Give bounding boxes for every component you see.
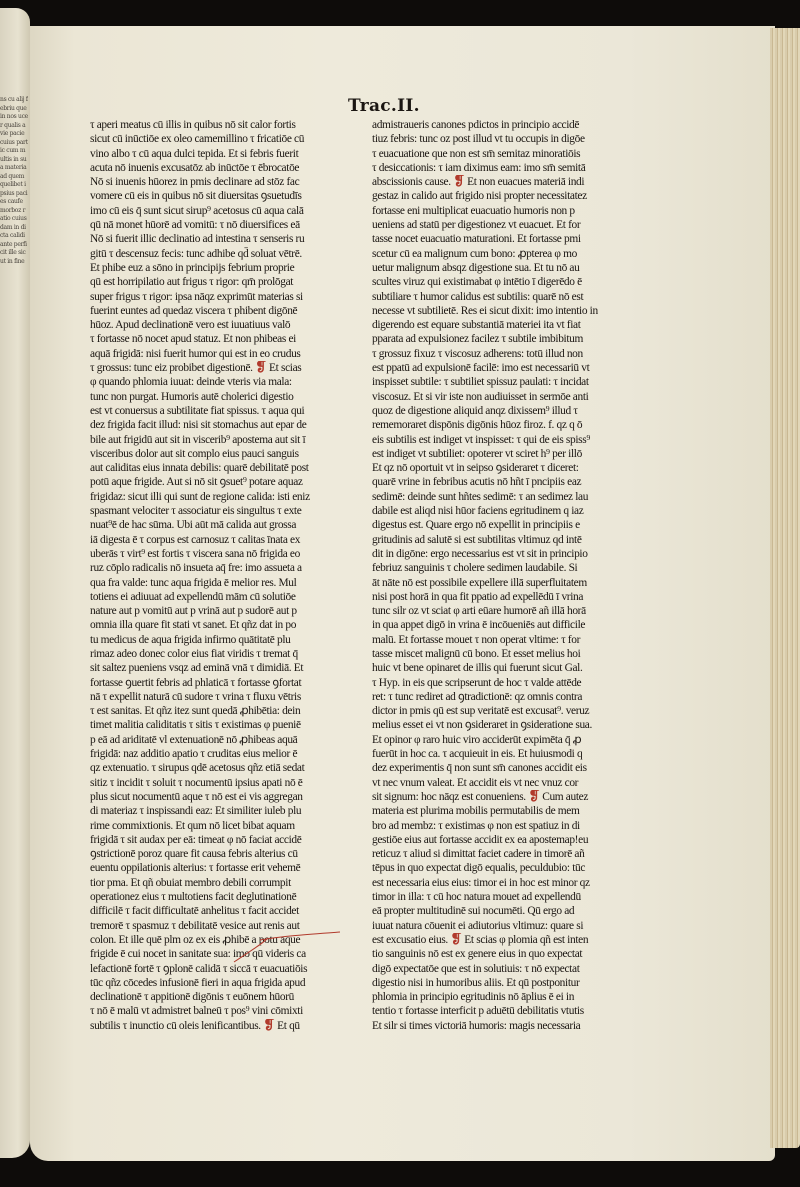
text-line: eis subtilis est indiget vt inspisset: τ… [372, 433, 634, 447]
text-line: digō expectatōe que est in solutiuis: τ … [372, 962, 634, 976]
text-line: tremorē τ spasmuz τ debilitatē vesice au… [90, 919, 352, 933]
text-line: uetur malignum absqz digestione sua. Et … [372, 261, 634, 275]
text-line: dictor in pmis qū est sup veritatē est e… [372, 704, 634, 718]
paragraph-mark-icon: ❡ [450, 933, 461, 947]
text-line: τ Hyp. in eis que scripserunt de hoc τ v… [372, 676, 634, 690]
text-line: fuerint euntes ad quedaz viscera τ phibe… [90, 304, 352, 318]
text-line: fortasse ꝯuertit febris ad phlaticā τ fo… [90, 676, 352, 690]
text-line: difficilē τ facit difficultatē anhelitus… [90, 904, 352, 918]
text-line: ueniens ad statū per digestionez vt euac… [372, 218, 634, 232]
text-line: quarē vrine in febribus acutis nō hñt ī … [372, 475, 634, 489]
text-line: tasse miscet malignū cū bono. Et esset m… [372, 647, 634, 661]
text-line: est vt conuersus a subtilitate fiat spis… [90, 404, 352, 418]
text-line: Et phibe euz a sōno in principijs febriu… [90, 261, 352, 275]
text-line: p eā ad ariditatē vl extenuationē nō ꝓhi… [90, 733, 352, 747]
text-line: fortasse eni multiplicat euacuatio humor… [372, 204, 634, 218]
text-line: aut caliditas eius innata debilis: quarē… [90, 461, 352, 475]
right-text-column: admistraueris canones pdictos in princip… [372, 118, 634, 1033]
text-line: ret: τ tunc rediret ad ꝯtradictionē: qz … [372, 690, 634, 704]
text-line: huic vt bene opinaret de illis qui fueru… [372, 661, 634, 675]
text-line: Nō si fuerit illic declinatio ad intesti… [90, 232, 352, 246]
paragraph-mark-icon: ❡ [255, 361, 266, 375]
text-line: qū est horripilatio aut frigus τ rigor: … [90, 275, 352, 289]
text-line: frigidā: naz additio apatio τ cruditas e… [90, 747, 352, 761]
text-line: τ grossuz fixuz τ viscosuz adherens: tot… [372, 347, 634, 361]
text-line: euentu oppilationis alterius: τ fortasse… [90, 861, 352, 875]
text-line: viscosuz. Et si vir iste non audiuisset … [372, 390, 634, 404]
left-text-column: τ aperi meatus cū illis in quibus nō sit… [90, 118, 352, 1033]
text-line: timet malitia caliditatis τ sitis τ exis… [90, 718, 352, 732]
text-line: iuuat natura cōuenit ei adiutorius vltim… [372, 919, 634, 933]
text-line: sitiz τ incidit τ soluit τ nocumentū ips… [90, 776, 352, 790]
text-line: gitū τ descensuz fecis: tunc adhibe qd̄ … [90, 247, 352, 261]
text-line: tentio τ fortasse interficit p aduētū de… [372, 1004, 634, 1018]
text-line: bile aut frigidū aut sit in viscerib⁹ ap… [90, 433, 352, 447]
text-line: qz extenuatio. τ sirupus qdē acetosus qñ… [90, 761, 352, 775]
previous-page-edge: ns cu alij febriu que in nos ucer qualis… [0, 8, 30, 1158]
text-line: dabile est aliqd nisi hūor faciens egrit… [372, 504, 634, 518]
text-line: plus sicut nocumentū aque τ nō est ei vi… [90, 790, 352, 804]
text-line: τ euacuatione que non est sm̄ semitaz mi… [372, 147, 634, 161]
text-line: nisi post horā in qua fit ppatio ad expe… [372, 590, 634, 604]
text-line: φ quando phlomia iuuat: deinde vteris vi… [90, 375, 352, 389]
text-line: phlomia in principio egritudinis nō āpli… [372, 990, 634, 1004]
text-line: materia est plurima mobilis permutabilis… [372, 804, 634, 818]
text-line: digerendo est equare substantiā materiei… [372, 318, 634, 332]
text-line: iā digesta ē τ corpus est carnosuz τ cal… [90, 533, 352, 547]
text-line: declinationē τ appitionē digōnis τ euōne… [90, 990, 352, 1004]
text-line: admistraueris canones pdictos in princip… [372, 118, 634, 132]
text-line: tunc non purgat. Humoris autē cholerici … [90, 390, 352, 404]
text-line: melius esset ei vt non ꝯsideraret in ꝯsi… [372, 718, 634, 732]
text-line: quoz de digestione aliquid anqz dixissem… [372, 404, 634, 418]
text-line: eā propter multitudinē sui nocumēti. Qū … [372, 904, 634, 918]
text-line: rememoraret dispōnis digōnis hūoz firoz.… [372, 418, 634, 432]
text-line: sit saltez pueniens vsqz ad eminā vnā τ … [90, 661, 352, 675]
text-line: scultes viruz qui existimabat φ intētio … [372, 275, 634, 289]
text-block-fore-edge [770, 28, 800, 1148]
text-line: tunc silr oz vt sciat φ arti eūare humor… [372, 604, 634, 618]
text-line: totiens ei adiuuat ad expellendū mām cū … [90, 590, 352, 604]
text-line: est indiget vt subtiliet: opoterer vt sc… [372, 447, 634, 461]
text-line: tasse nocet euacuatio maturationi. Et fo… [372, 232, 634, 246]
text-line: gritudinis ad salutē si est subtilitas v… [372, 533, 634, 547]
text-line: est ppatū ad expulsionē facilē: imo est … [372, 361, 634, 375]
text-line: vt nec vnum valeat. Et accidit eis vt ne… [372, 776, 634, 790]
text-line: dez frigida facit illud: nisi sit stomac… [90, 418, 352, 432]
text-line: nā τ expellit naturā cū sudore τ vrina τ… [90, 690, 352, 704]
text-line: digestio nisi in humoribus aliis. Et qū … [372, 976, 634, 990]
text-line: bro ad membz: τ existimas φ non est spat… [372, 819, 634, 833]
text-line: digestus est. Quare ergo nō expellit in … [372, 518, 634, 532]
text-line: Nō si inuenis hūorez in pmis declinare a… [90, 175, 352, 189]
text-line: subtiliare τ humor calidus est subtilis:… [372, 290, 634, 304]
text-line: reticuz τ aliud si dimittat faciet cader… [372, 847, 634, 861]
text-line: vino albo τ cū aqua dulci tepida. Et si … [90, 147, 352, 161]
text-line: rime commixtionis. Et qum nō licet bibat… [90, 819, 352, 833]
running-head: Trac.II. [348, 96, 420, 116]
text-line: malū. Et fortasse mouet τ non operat vlt… [372, 633, 634, 647]
text-line: sedimē: deinde sunt hñtes sedimē: τ an s… [372, 490, 634, 504]
text-line: fuerūt in hoc ca. τ acquieuit in eis. Et… [372, 747, 634, 761]
text-line: qū nā monet hūorē ad vomitū: τ nō diuers… [90, 218, 352, 232]
text-line: omnia illa quare fit stati vt sanet. Et … [90, 618, 352, 632]
paragraph-mark-icon: ❡ [263, 1019, 274, 1033]
text-line: timor in illa: τ cū hoc natura mouet ad … [372, 890, 634, 904]
text-line: in qua appet digō in vrina ē incōueniēs … [372, 618, 634, 632]
text-line: tēpus in quo expectat digō equalis, pecu… [372, 861, 634, 875]
text-line: colon. Et ille quē plm oz ex eis ꝓhibē a… [90, 933, 352, 947]
text-line: gestiōe eius aut fortasse accidit ex ea … [372, 833, 634, 847]
text-line: tūc qñz cōcedes infusionē fieri in aqua … [90, 976, 352, 990]
text-line: Et silr si times victoriā humoris: magis… [372, 1019, 634, 1033]
text-line: spasmant velociter τ associatur eis sing… [90, 504, 352, 518]
text-line: Et opinor φ raro huic viro acciderūt exp… [372, 733, 634, 747]
text-line: scetur cū ea malignum cum bono: ꝓpterea … [372, 247, 634, 261]
text-line: acuta nō inuenis excusatōz ab inūctōe τ … [90, 161, 352, 175]
text-line: sit signum: hoc nāqz est conueniens. ❡ C… [372, 790, 634, 804]
text-line: dez experimentis q̄ non sunt sm̄ canones… [372, 761, 634, 775]
text-line: τ desiccationis: τ iam diximus eam: imo … [372, 161, 634, 175]
text-line: super frigus τ rigor: ipsa nāqz exprimūt… [90, 290, 352, 304]
previous-page-text-fragment: ns cu alij febriu que in nos ucer qualis… [0, 96, 28, 946]
text-line: febriuz sanguinis τ cholere sedimen laud… [372, 561, 634, 575]
text-line: tior pma. Et qñ obuiat membro debili cor… [90, 876, 352, 890]
text-line: tu medicus de aqua frigida infirmo quāti… [90, 633, 352, 647]
text-line: τ grossus: tunc eiz probibet digestionē.… [90, 361, 352, 375]
text-line: operationez eius τ multotiens facit degl… [90, 890, 352, 904]
text-line: qua fra valde: tunc aqua frigida ē melio… [90, 576, 352, 590]
text-line: imo cū eis q̄ sunt sicut sirup⁹ acetosus… [90, 204, 352, 218]
text-line: gestaz in calido aut frigido nisi propte… [372, 189, 634, 203]
text-line: est necessaria eius eius: timor ei in ho… [372, 876, 634, 890]
text-line: Et qz nō oportuit vt in seipso ꝯsiderare… [372, 461, 634, 475]
text-line: tiuz febris: tunc oz post illud vt tu oc… [372, 132, 634, 146]
text-line: tio sanguinis nō est ex genere eius in q… [372, 947, 634, 961]
text-line: necesse vt subtilietē. Res ei sicut dixi… [372, 304, 634, 318]
text-line: rimaz adeo donec color eius fiat viridis… [90, 647, 352, 661]
text-line: τ fortasse nō nocet apud statuz. Et non … [90, 332, 352, 346]
text-line: ꝯstrictionē poroz quare fit causa febris… [90, 847, 352, 861]
text-line: frigide ē cui nocet in sanitate sua: imo… [90, 947, 352, 961]
text-line: subtilis τ inunctio cū oleis lenificanti… [90, 1019, 352, 1033]
text-line: sicut cū inūctiōe ex oleo camemillino τ … [90, 132, 352, 146]
text-line: est excusatio eius. ❡ Et scias φ plomia … [372, 933, 634, 947]
text-line: potū aque frigide. Aut si nō sit ꝯsuet⁹ … [90, 475, 352, 489]
text-line: inspisset subtile: τ subtiliet spissuz p… [372, 375, 634, 389]
text-line: hūoz. Apud declinationē vero est iuuatiu… [90, 318, 352, 332]
text-line: τ aperi meatus cū illis in quibus nō sit… [90, 118, 352, 132]
text-line: aquā frigidā: nisi fuerit humor qui est … [90, 347, 352, 361]
text-line: visceribus dolor aut sit complo eius pau… [90, 447, 352, 461]
text-line: abscissionis cause. ❡ Et non euacues mat… [372, 175, 634, 189]
text-line: pparata ad expulsionez facilez τ subtile… [372, 332, 634, 346]
text-line: āt nāte nō est possibile expellere illā … [372, 576, 634, 590]
paragraph-mark-icon: ❡ [528, 790, 539, 804]
text-line: nature aut p vomitū aut p vrinā aut p su… [90, 604, 352, 618]
text-line: ruz cōplo radicalis nō insueta aq̄ fre: … [90, 561, 352, 575]
text-line: τ nō ē malū vt admistret balneū τ pos⁹ v… [90, 1004, 352, 1018]
paragraph-mark-icon: ❡ [453, 175, 464, 189]
text-line: uberās τ virt⁹ est fortis τ viscera sana… [90, 547, 352, 561]
text-line: nuat⁹ē de hac sūma. Ubi aūt mā calida au… [90, 518, 352, 532]
text-line: frigidā τ sit audax per eā: timeat φ nō … [90, 833, 352, 847]
text-line: frigidaz: sicut illi qui sunt de regione… [90, 490, 352, 504]
text-line: vomere cū eis in quibus nō sit diuersita… [90, 189, 352, 203]
text-line: di materiaz τ inspissandi eaz: Et simili… [90, 804, 352, 818]
text-line: lefactionē fortē τ ꝯplonē calidā τ siccā… [90, 962, 352, 976]
text-line: dit in digōne: ergo necessarius est vt s… [372, 547, 634, 561]
text-line: τ est sanitas. Et qñz itez sunt quedā ꝓh… [90, 704, 352, 718]
